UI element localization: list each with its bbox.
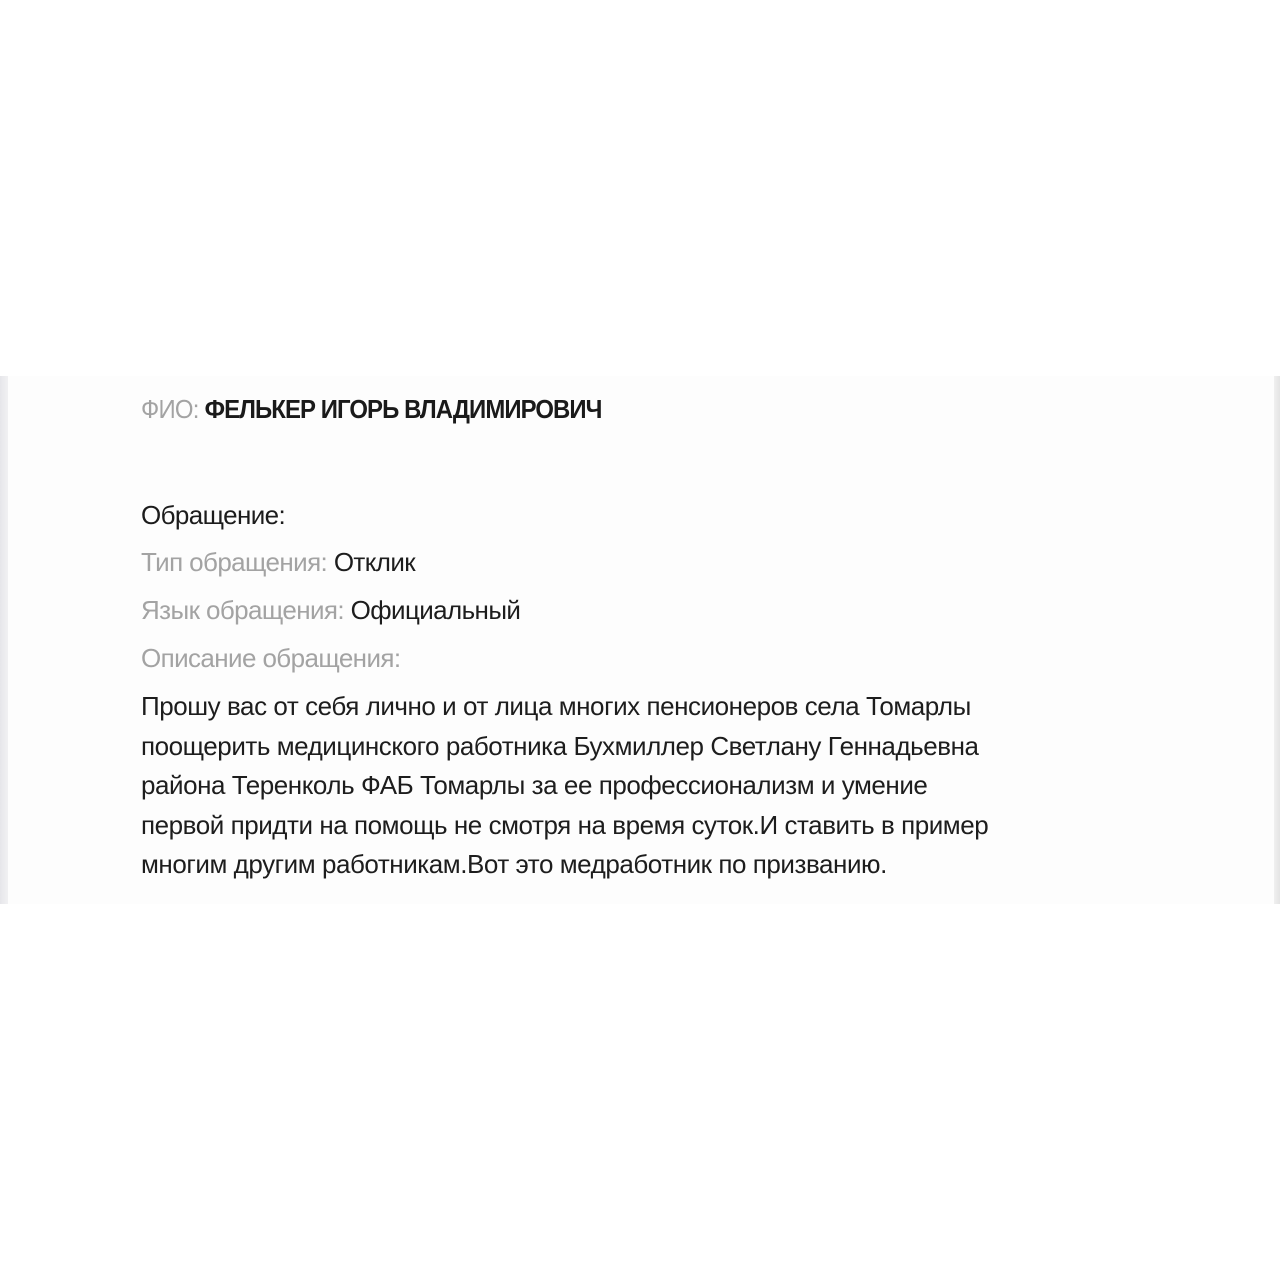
applicant-row: ФИО: ФЕЛЬКЕР ИГОРЬ ВЛАДИМИРОВИЧ xyxy=(141,394,602,425)
appeal-description-label: Описание обращения: xyxy=(141,643,400,673)
applicant-label: ФИО: xyxy=(141,394,199,424)
description-line: первой придти на помощь не смотря на вре… xyxy=(141,806,1201,846)
description-line: многим другим работникам.Вот это медрабо… xyxy=(141,845,1201,885)
card-right-border xyxy=(1274,376,1280,904)
appeal-card: ФИО: ФЕЛЬКЕР ИГОРЬ ВЛАДИМИРОВИЧ Обращени… xyxy=(0,376,1280,904)
card-left-border xyxy=(0,376,8,904)
description-line: Прошу вас от себя лично и от лица многих… xyxy=(141,687,1201,727)
description-line: поощерить медицинского работника Бухмилл… xyxy=(141,727,1201,767)
appeal-description-text: Прошу вас от себя лично и от лица многих… xyxy=(141,687,1201,885)
description-line: района Теренколь ФАБ Томарлы за ее профе… xyxy=(141,766,1201,806)
appeal-language-value: Официальный xyxy=(351,595,521,625)
applicant-name: ФЕЛЬКЕР ИГОРЬ ВЛАДИМИРОВИЧ xyxy=(205,394,602,424)
appeal-type-row: Тип обращения: Отклик xyxy=(141,547,415,578)
appeal-language-row: Язык обращения: Официальный xyxy=(141,595,520,626)
appeal-section-title: Обращение: xyxy=(141,500,285,531)
appeal-type-value: Отклик xyxy=(334,547,415,577)
appeal-language-label: Язык обращения: xyxy=(141,595,344,625)
appeal-description-row: Описание обращения: xyxy=(141,643,400,674)
appeal-type-label: Тип обращения: xyxy=(141,547,327,577)
